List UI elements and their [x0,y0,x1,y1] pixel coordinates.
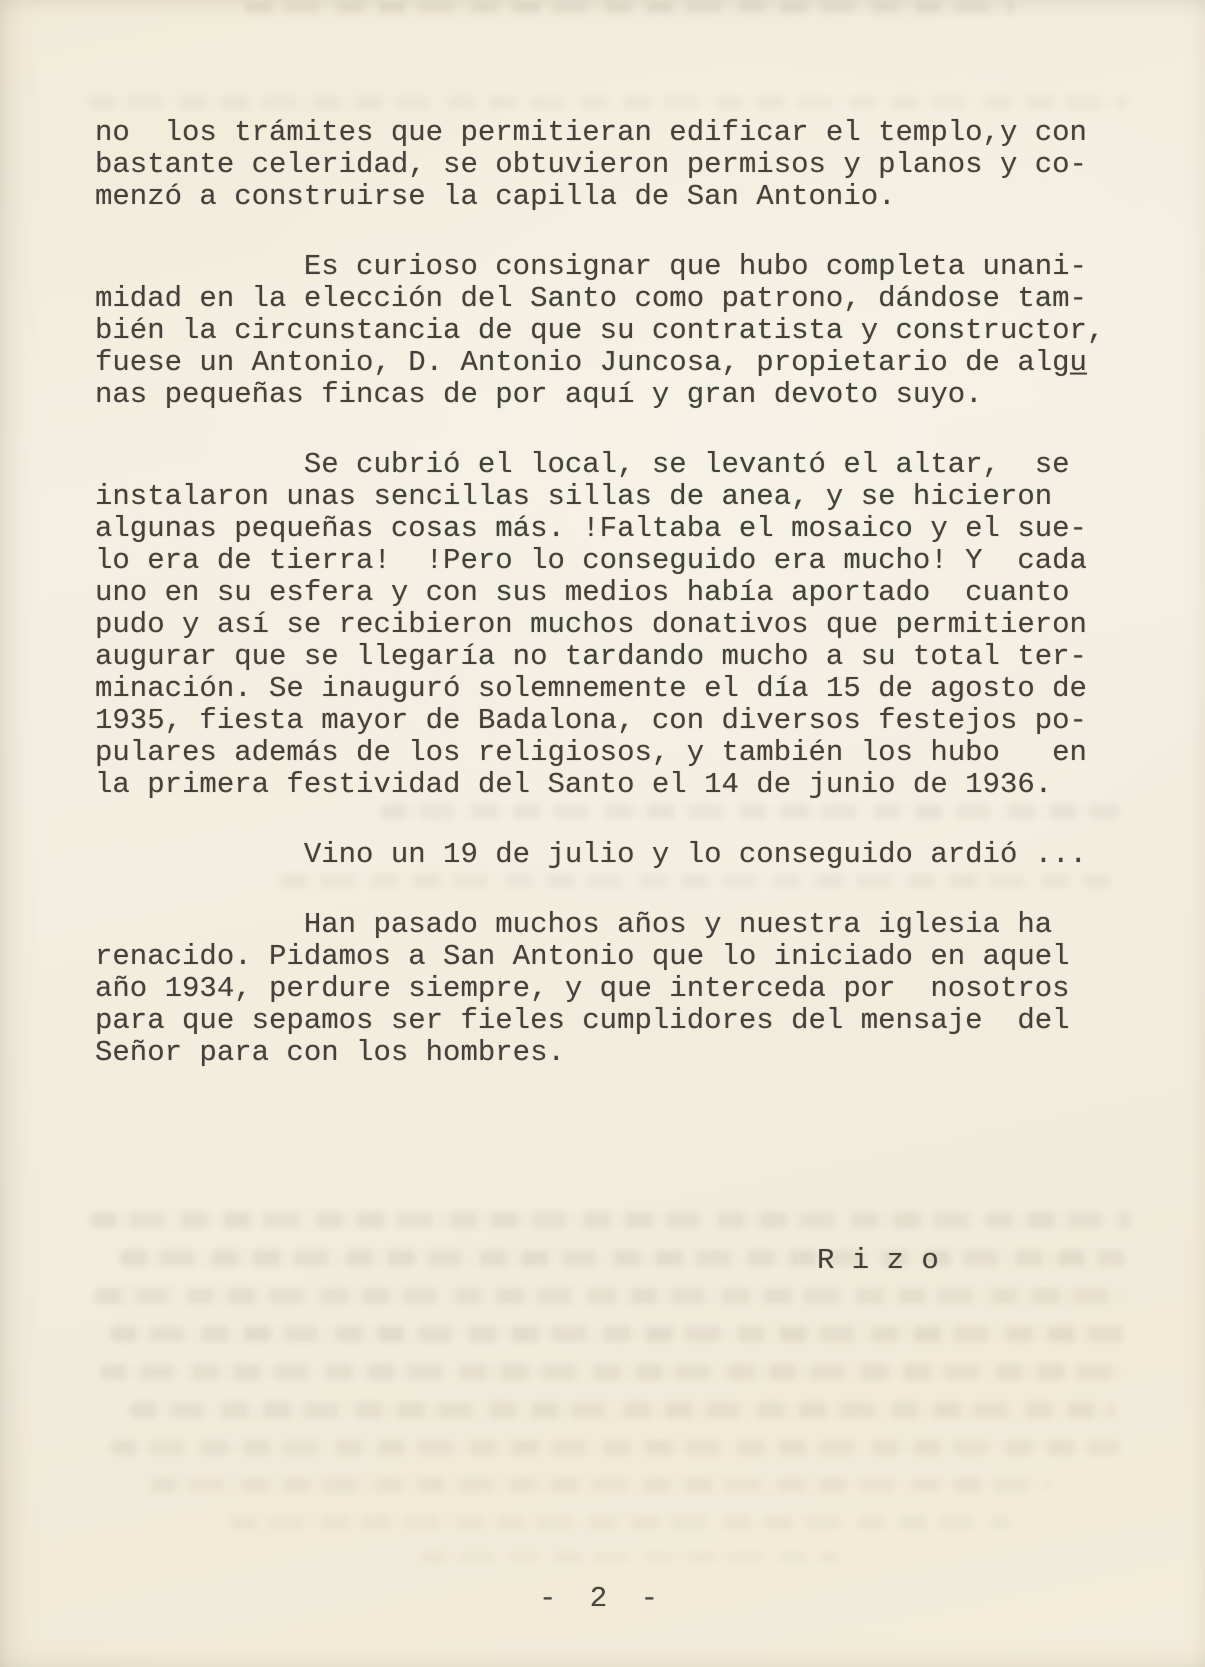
bleedthrough-mark [95,1288,1125,1304]
text-line: uno en su esfera y con sus medios había … [95,577,1145,609]
paragraph: Se cubrió el local, se levantó el altar,… [95,449,1145,801]
text-line: fuese un Antonio, D. Antonio Juncosa, pr… [95,347,1145,379]
bleedthrough-mark [88,96,1128,109]
bleedthrough-mark [110,1440,1120,1455]
text-line: Señor para con los hombres. [95,1037,1145,1069]
text-line: Es curioso consignar que hubo completa u… [95,251,1145,283]
signature: R i z o [95,1245,1145,1277]
text-line: algunas pequeñas cosas más. !Faltaba el … [95,513,1145,545]
paragraph: no los trámites que permitieran edificar… [95,117,1145,213]
text-line: para que sepamos ser fieles cumplidores … [95,1005,1145,1037]
bleedthrough-mark [90,1212,1130,1228]
text-line: pudo y así se recibieron muchos donativo… [95,609,1145,641]
paragraph: Es curioso consignar que hubo completa u… [95,251,1145,411]
text-line: lo era de tierra! !Pero lo conseguido er… [95,545,1145,577]
paragraph: Vino un 19 de julio y lo conseguido ardi… [95,839,1145,871]
bleedthrough-mark [110,1326,1125,1342]
text-line: pulares además de los religiosos, y tamb… [95,737,1145,769]
text-line: menzó a construirse la capilla de San An… [95,181,1145,213]
page-number: - 2 - [0,1583,1205,1615]
text-line: la primera festividad del Santo el 14 de… [95,769,1145,801]
text-line: no los trámites que permitieran edificar… [95,117,1145,149]
text-line: midad en la elección del Santo como patr… [95,283,1145,315]
text-line: renacido. Pidamos a San Antonio que lo i… [95,941,1145,973]
bleedthrough-mark [100,1364,1125,1380]
paragraph: Han pasado muchos años y nuestra iglesia… [95,909,1145,1069]
text-line: bastante celeridad, se obtuvieron permis… [95,149,1145,181]
text-line: bién la circunstancia de que su contrati… [95,315,1145,347]
bleedthrough-mark [245,2,1015,13]
text-line: instalaron unas sencillas sillas de anea… [95,481,1145,513]
text-line: minación. Se inauguró solemnemente el dí… [95,673,1145,705]
text-line: 1935, fiesta mayor de Badalona, con dive… [95,705,1145,737]
bleedthrough-mark [230,1516,1010,1529]
text-line: Vino un 19 de julio y lo conseguido ardi… [95,839,1145,871]
text-line: augurar que se llegaría no tardando much… [95,641,1145,673]
text-line: año 1934, perdure siempre, y que interce… [95,973,1145,1005]
text-line: nas pequeñas fincas de por aquí y gran d… [95,379,1145,411]
text-line: Han pasado muchos años y nuestra iglesia… [95,909,1145,941]
bleedthrough-mark [150,1478,1050,1492]
scanned-page: no los trámites que permitieran edificar… [0,0,1205,1667]
text-line: Se cubrió el local, se levantó el altar,… [95,449,1145,481]
bleedthrough-mark [130,1402,1115,1418]
document-body: no los trámites que permitieran edificar… [95,117,1145,1107]
bleedthrough-mark [420,1552,840,1563]
